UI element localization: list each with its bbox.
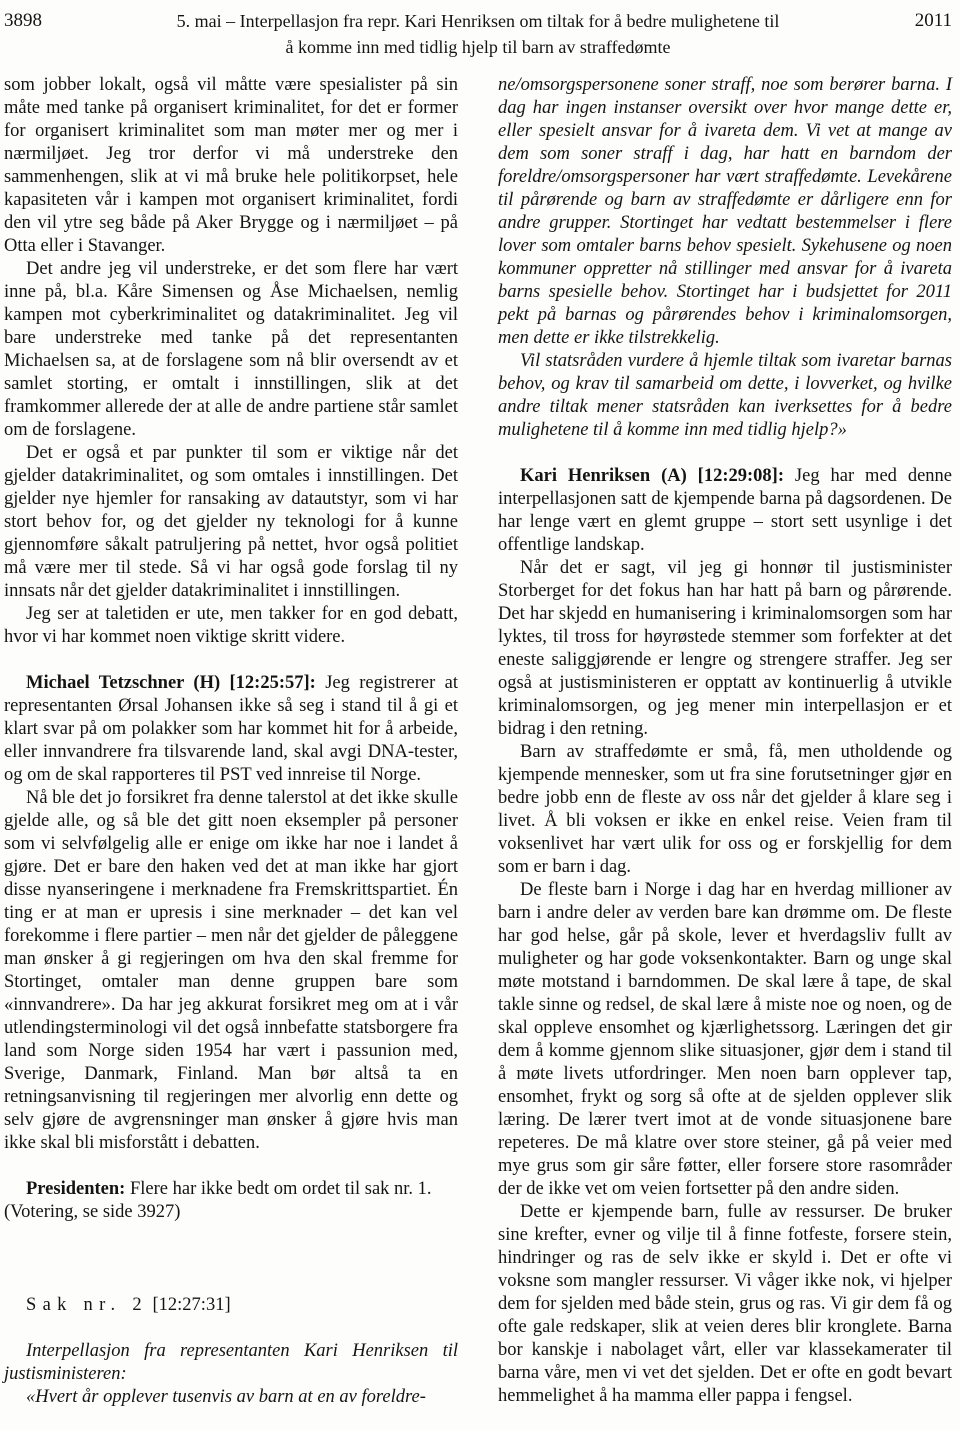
paragraph: Det er også et par punkter til som er vi… [4,442,458,603]
paragraph: Det andre jeg vil understreke, er det so… [4,258,458,442]
interpellation-intro: Interpellasjon fra representanten Kari H… [4,1340,458,1386]
interpellation-quote-end: Vil statsråden vurdere å hjemle tiltak s… [498,350,952,442]
speaker-paragraph: Presidenten: Flere har ikke bedt om orde… [4,1178,458,1201]
case-heading-label: Sak nr. 2 [26,1295,148,1315]
paragraph: De fleste barn i Norge i dag har en hver… [498,879,952,1201]
left-column: som jobber lokalt, også vil måtte være s… [4,74,458,1409]
document-page: 3898 5. mai – Interpellasjon fra repr. K… [0,0,960,1430]
right-column: ne/omsorgspersonene soner straff, noe so… [498,74,952,1409]
speaker-name: Michael Tetzschner (H) [12:25:57]: [26,673,316,693]
speaker-name: Kari Henriksen (A) [12:29:08]: [520,466,784,486]
paragraph: Barn av straffedømte er små, få, men uth… [498,741,952,879]
voting-note: (Votering, se side 3927) [4,1201,458,1224]
header-title: 5. mai – Interpellasjon fra repr. Kari H… [94,8,862,60]
paragraph: Nå ble det jo forsikret fra denne talers… [4,787,458,1155]
two-column-text: som jobber lokalt, også vil måtte være s… [4,74,952,1409]
header-title-line2: å komme inn med tidlig hjelp til barn av… [94,34,862,60]
case-heading-time: [12:27:31] [148,1295,231,1315]
page-header: 3898 5. mai – Interpellasjon fra repr. K… [4,8,952,60]
paragraph: Jeg ser at taletiden er ute, men takker … [4,603,458,649]
speaker-name: Presidenten: [26,1179,125,1199]
header-title-line1: 5. mai – Interpellasjon fra repr. Kari H… [94,8,862,34]
header-year: 2011 [862,8,952,34]
paragraph: Dette er kjempende barn, fulle av ressur… [498,1201,952,1408]
interpellation-quote-start: «Hvert år opplever tusenvis av barn at e… [4,1386,458,1409]
paragraph: Når det er sagt, vil jeg gi honnør til j… [498,557,952,741]
paragraph-continuation: som jobber lokalt, også vil måtte være s… [4,74,458,258]
page-number: 3898 [4,8,94,34]
case-heading: Sak nr. 2 [12:27:31] [4,1294,458,1317]
speaker-paragraph: Michael Tetzschner (H) [12:25:57]: Jeg r… [4,672,458,787]
speaker-paragraph: Kari Henriksen (A) [12:29:08]: Jeg har m… [498,465,952,557]
interpellation-quote-continuation: ne/omsorgspersonene soner straff, noe so… [498,74,952,350]
